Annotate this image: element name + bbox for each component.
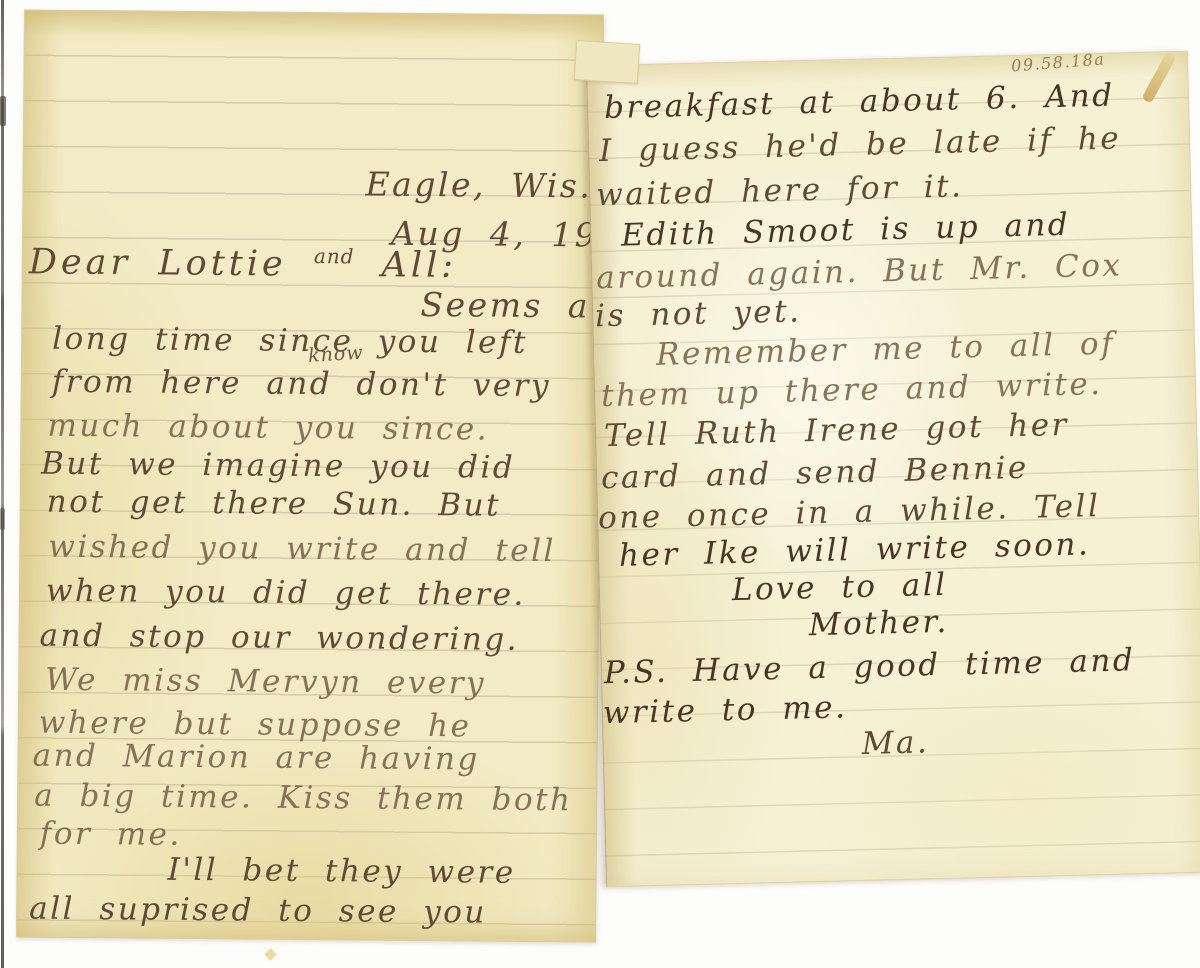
handwriting-line: for me. — [40, 813, 182, 856]
postscript-initials: Ma. — [861, 721, 930, 765]
postscript-line: write to me. — [602, 686, 847, 734]
salutation: Dear Lottie and All: — [29, 233, 458, 287]
scanner-edge-fleck — [0, 96, 6, 126]
handwriting-line: all suprised to see you — [29, 888, 487, 934]
handwriting-line: and Marion are having — [32, 735, 480, 781]
highlight-mark — [1141, 51, 1177, 104]
handwriting-line: I'll bet they were — [167, 849, 515, 894]
handwriting-line: from here and don't very — [52, 361, 552, 407]
letter-page-1: Eagle, Wis. Aug 4, 1915°. Dear Lottie an… — [16, 9, 604, 942]
salutation-pre: Dear Lottie — [29, 242, 287, 284]
place-line: Eagle, Wis. — [365, 163, 592, 207]
page-corner-fold — [574, 40, 640, 84]
catalog-number: 09.58.18a — [1011, 49, 1106, 75]
scanner-edge-fleck — [0, 508, 5, 530]
signature-line: Mother. — [808, 601, 949, 646]
handwriting-line: long time since you left — [52, 318, 528, 364]
salutation-post: All: — [381, 245, 457, 286]
paper-fleck — [264, 948, 277, 961]
postscript-line: P.S. Have a good time and — [603, 639, 1135, 694]
interlinear-insertion: know — [307, 342, 364, 367]
handwriting-line: We miss Mervyn every — [45, 659, 486, 705]
handwriting-line: not get there Sun. But — [47, 481, 502, 527]
salutation-superscript: and — [314, 244, 355, 268]
scanner-edge-shadow — [1, 0, 4, 968]
handwriting-line: wished you write and tell — [48, 526, 556, 572]
letter-page-2: 09.58.18a breakfast at about 6. And I gu… — [586, 51, 1200, 887]
handwriting-line: when you did get there. — [46, 570, 526, 616]
handwriting-line: and stop our wondering. — [39, 615, 519, 661]
